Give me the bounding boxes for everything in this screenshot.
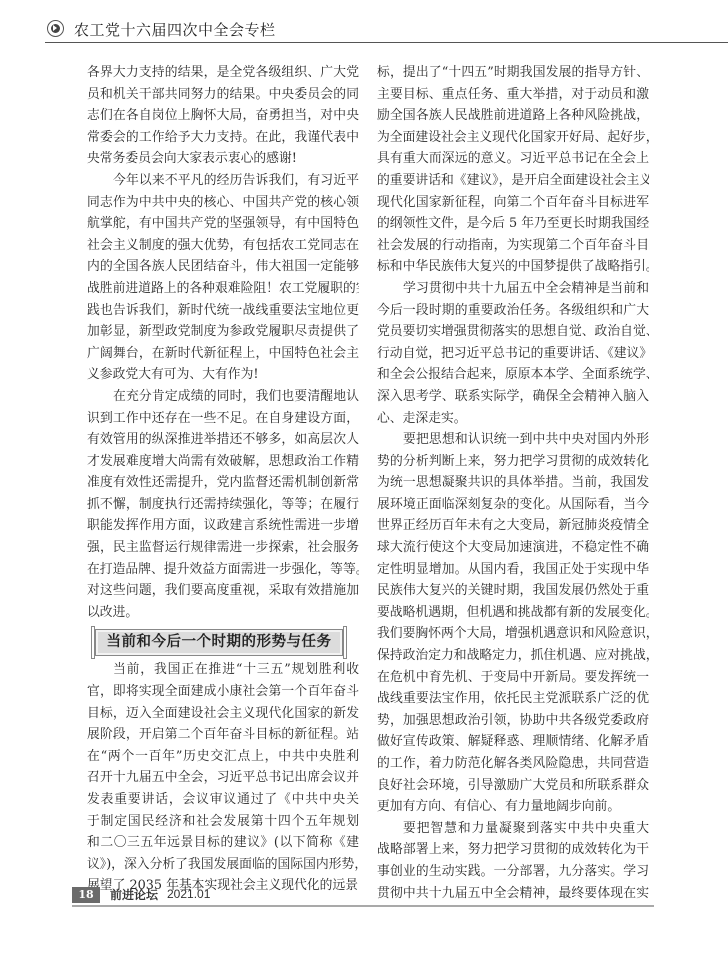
text-line: 要战略机遇期，但机遇和挑战都有新的发展变化。 (377, 602, 649, 624)
text-line: 广阔舞台，在新时代新征程上，中国特色社会主 (87, 343, 359, 365)
text-line: 行动自觉，把习近平总书记的重要讲话、《建议》 (377, 343, 649, 365)
text-line: 做好宣传政策、解疑释惑、理顺情绪、化解矛盾 (377, 731, 649, 753)
text-line: 强，民主监督运行规律需进一步探索，社会服务 (87, 537, 359, 559)
text-line: 要把智慧和力量凝聚到落实中共中央重大 (377, 818, 649, 840)
page-header: 农工党十六届四次中全会专栏 (45, 18, 728, 43)
text-line: 同志作为中共中央的核心、中国共产党的核心领 (87, 192, 359, 214)
text-line: 良好社会环境，引导激励广大党员和所联系群众 (377, 775, 649, 797)
text-line: 展环境正面临深刻复杂的变化。从国际看，当今 (377, 494, 649, 516)
text-line: 社会主义制度的强大优势，有包括农工党同志在 (87, 235, 359, 257)
text-line: 今后一段时期的重要政治任务。各级组织和广大 (377, 300, 649, 322)
circled-arrow-right-icon (47, 20, 64, 37)
text-line: 我们要胸怀两个大局，增强机遇意识和风险意识， (377, 623, 649, 645)
text-line: 标，提出了“十四五”时期我国发展的指导方针、 (377, 62, 649, 84)
text-line: 各界大力支持的结果，是全党各级组织、广大党 (87, 62, 359, 84)
page-number: 18 (72, 887, 100, 903)
text-line: 战线重要法宝作用，依托民主党派联系广泛的优 (377, 688, 649, 710)
text-line: 践也告诉我们，新时代统一战线重要法宝地位更 (87, 300, 359, 322)
text-line: 党员要切实增强贯彻落实的思想自觉、政治自觉、 (377, 321, 649, 343)
text-line: 对这些问题，我们要高度重视，采取有效措施加 (87, 580, 359, 602)
text-line: 在危机中育先机、于变局中开新局。要发挥统一 (377, 667, 649, 689)
left-column: 各界大力支持的结果，是全党各级组织、广大党员和机关干部共同努力的结果。中央委员会… (87, 62, 359, 897)
text-line: 召开十九届五中全会，习近平总书记出席会议并 (87, 767, 359, 789)
text-line: 在“两个一百年”历史交汇点上，中共中央胜利 (87, 746, 359, 768)
text-line: 抓不懈，制度执行还需持续强化，等等；在履行 (87, 494, 359, 516)
text-line: 职能发挥作用方面，议政建言系统性需进一步增 (87, 515, 359, 537)
text-line: 在充分肯定成绩的同时，我们也要清醒地认 (87, 386, 359, 408)
text-line: 为统一思想凝聚共识的具体举措。当前，我国发 (377, 472, 649, 494)
column-title: 农工党十六届四次中全会专栏 (74, 19, 276, 40)
magazine-name: 前进论坛 (110, 886, 158, 903)
text-line: 主要目标、重点任务、重大举措，对于动员和激 (377, 84, 649, 106)
left-column-body-continued: 当前，我国正在推进“十三五”规划胜利收官，即将实现全面建成小康社会第一个百年奋斗… (87, 659, 359, 897)
text-line: 的重要讲话和《建议》，是开启全面建设社会主义 (377, 170, 649, 192)
text-line: 和全会公报结合起来，原原本本学、全面系统学、 (377, 364, 649, 386)
section-heading: 当前和今后一个时期的形势与任务 (96, 630, 342, 655)
left-column-body: 各界大力支持的结果，是全党各级组织、广大党员和机关干部共同努力的结果。中央委员会… (87, 62, 359, 623)
right-column-body: 标，提出了“十四五”时期我国发展的指导方针、主要目标、重点任务、重大举措，对于动… (377, 62, 649, 904)
text-line: 保持政治定力和战略定力，抓住机遇、应对挑战， (377, 645, 649, 667)
text-line: 现代化国家新征程，向第二个百年奋斗目标进军 (377, 192, 649, 214)
section-heading-box: 当前和今后一个时期的形势与任务 (95, 629, 343, 656)
issue-number: 2021.01 (167, 887, 210, 901)
text-line: 于制定国民经济和社会发展第十四个五年规划 (87, 811, 359, 833)
text-line: 才发展难度增大尚需有效破解，思想政治工作精 (87, 451, 359, 473)
text-line: 要把思想和认识统一到中共中央对国内外形 (377, 429, 649, 451)
text-line: 民族伟大复兴的关键时期，我国发展仍然处于重 (377, 580, 649, 602)
text-line: 以改进。 (87, 602, 359, 624)
text-line: 标和中华民族伟大复兴的中国梦提供了战略指引。 (377, 256, 649, 278)
text-line: 官，即将实现全面建成小康社会第一个百年奋斗 (87, 681, 359, 703)
text-line: 世界正经历百年未有之大变局，新冠肺炎疫情全 (377, 515, 649, 537)
text-line: 议》)，深入分析了我国发展面临的国际国内形势， (87, 854, 359, 876)
text-line: 更加有方向、有信心、有力量地阔步向前。 (377, 796, 649, 818)
text-line: 战略部署上来，努力把学习贯彻的成效转化为干 (377, 839, 649, 861)
text-line: 识到工作中还存在一些不足。在自身建设方面， (87, 408, 359, 430)
text-line: 社会发展的行动指南，为实现第二个百年奋斗目 (377, 235, 649, 257)
text-line: 为全面建设社会主义现代化国家开好局、起好步， (377, 127, 649, 149)
text-line: 准度有效性还需提升，党内监督还需机制创新常 (87, 472, 359, 494)
text-line: 和二〇三五年远景目标的建议》(以下简称《建 (87, 832, 359, 854)
text-line: 义参政党大有可为、大有作为! (87, 364, 359, 386)
text-line: 有效管用的纵深推进举措还不够多，如高层次人 (87, 429, 359, 451)
text-line: 展阶段，开启第二个百年奋斗目标的新征程。站 (87, 724, 359, 746)
text-line: 心、走深走实。 (377, 408, 649, 430)
text-line: 战胜前进道路上的各种艰难险阻！农工党履职的实 (87, 278, 359, 300)
text-line: 常委会的工作给予大力支持。在此，我谨代表中 (87, 127, 359, 149)
text-line: 的工作，着力防范化解各类风险隐患，共同营造 (377, 753, 649, 775)
text-line: 在打造品牌、提升效益方面需进一步强化，等等。 (87, 559, 359, 581)
text-line: 事创业的生动实践。一分部署，九分落实。学习 (377, 861, 649, 883)
text-line: 势的分析判断上来，努力把学习贯彻的成效转化 (377, 451, 649, 473)
text-line: 当前，我国正在推进“十三五”规划胜利收 (87, 659, 359, 681)
text-line: 员和机关干部共同努力的结果。中央委员会的同 (87, 84, 359, 106)
text-line: 今年以来不平凡的经历告诉我们，有习近平 (87, 170, 359, 192)
text-line: 定性明显增加。从国内看，我国正处于实现中华 (377, 559, 649, 581)
text-line: 励全国各族人民战胜前进道路上各种风险挑战， (377, 105, 649, 127)
text-line: 内的全国各族人民团结奋斗，伟大祖国一定能够 (87, 256, 359, 278)
right-column: 标，提出了“十四五”时期我国发展的指导方针、主要目标、重点任务、重大举措，对于动… (377, 62, 649, 904)
text-line: 学习贯彻中共十九届五中全会精神是当前和 (377, 278, 649, 300)
text-line: 志们在各自岗位上胸怀大局，奋勇担当，对中央 (87, 105, 359, 127)
page-footer: 18 前进论坛 2021.01 (72, 885, 654, 907)
text-line: 央常务委员会向大家表示衷心的感谢! (87, 148, 359, 170)
text-line: 势，加强思想政治引领，协助中共各级党委政府 (377, 710, 649, 732)
text-line: 球大流行使这个大变局加速演进，不稳定性不确 (377, 537, 649, 559)
text-line: 目标，迈入全面建设社会主义现代化国家的新发 (87, 703, 359, 725)
text-line: 加彰显，新型政党制度为参政党履职尽责提供了 (87, 321, 359, 343)
text-line: 的纲领性文件，是今后 5 年乃至更长时期我国经济 (377, 213, 649, 235)
text-line: 深入思考学、联系实际学，确保全会精神入脑入 (377, 386, 649, 408)
text-line: 具有重大而深远的意义。习近平总书记在全会上 (377, 148, 649, 170)
text-line: 发表重要讲话，会议审议通过了《中共中央关 (87, 789, 359, 811)
text-line: 航掌舵，有中国共产党的坚强领导，有中国特色 (87, 213, 359, 235)
